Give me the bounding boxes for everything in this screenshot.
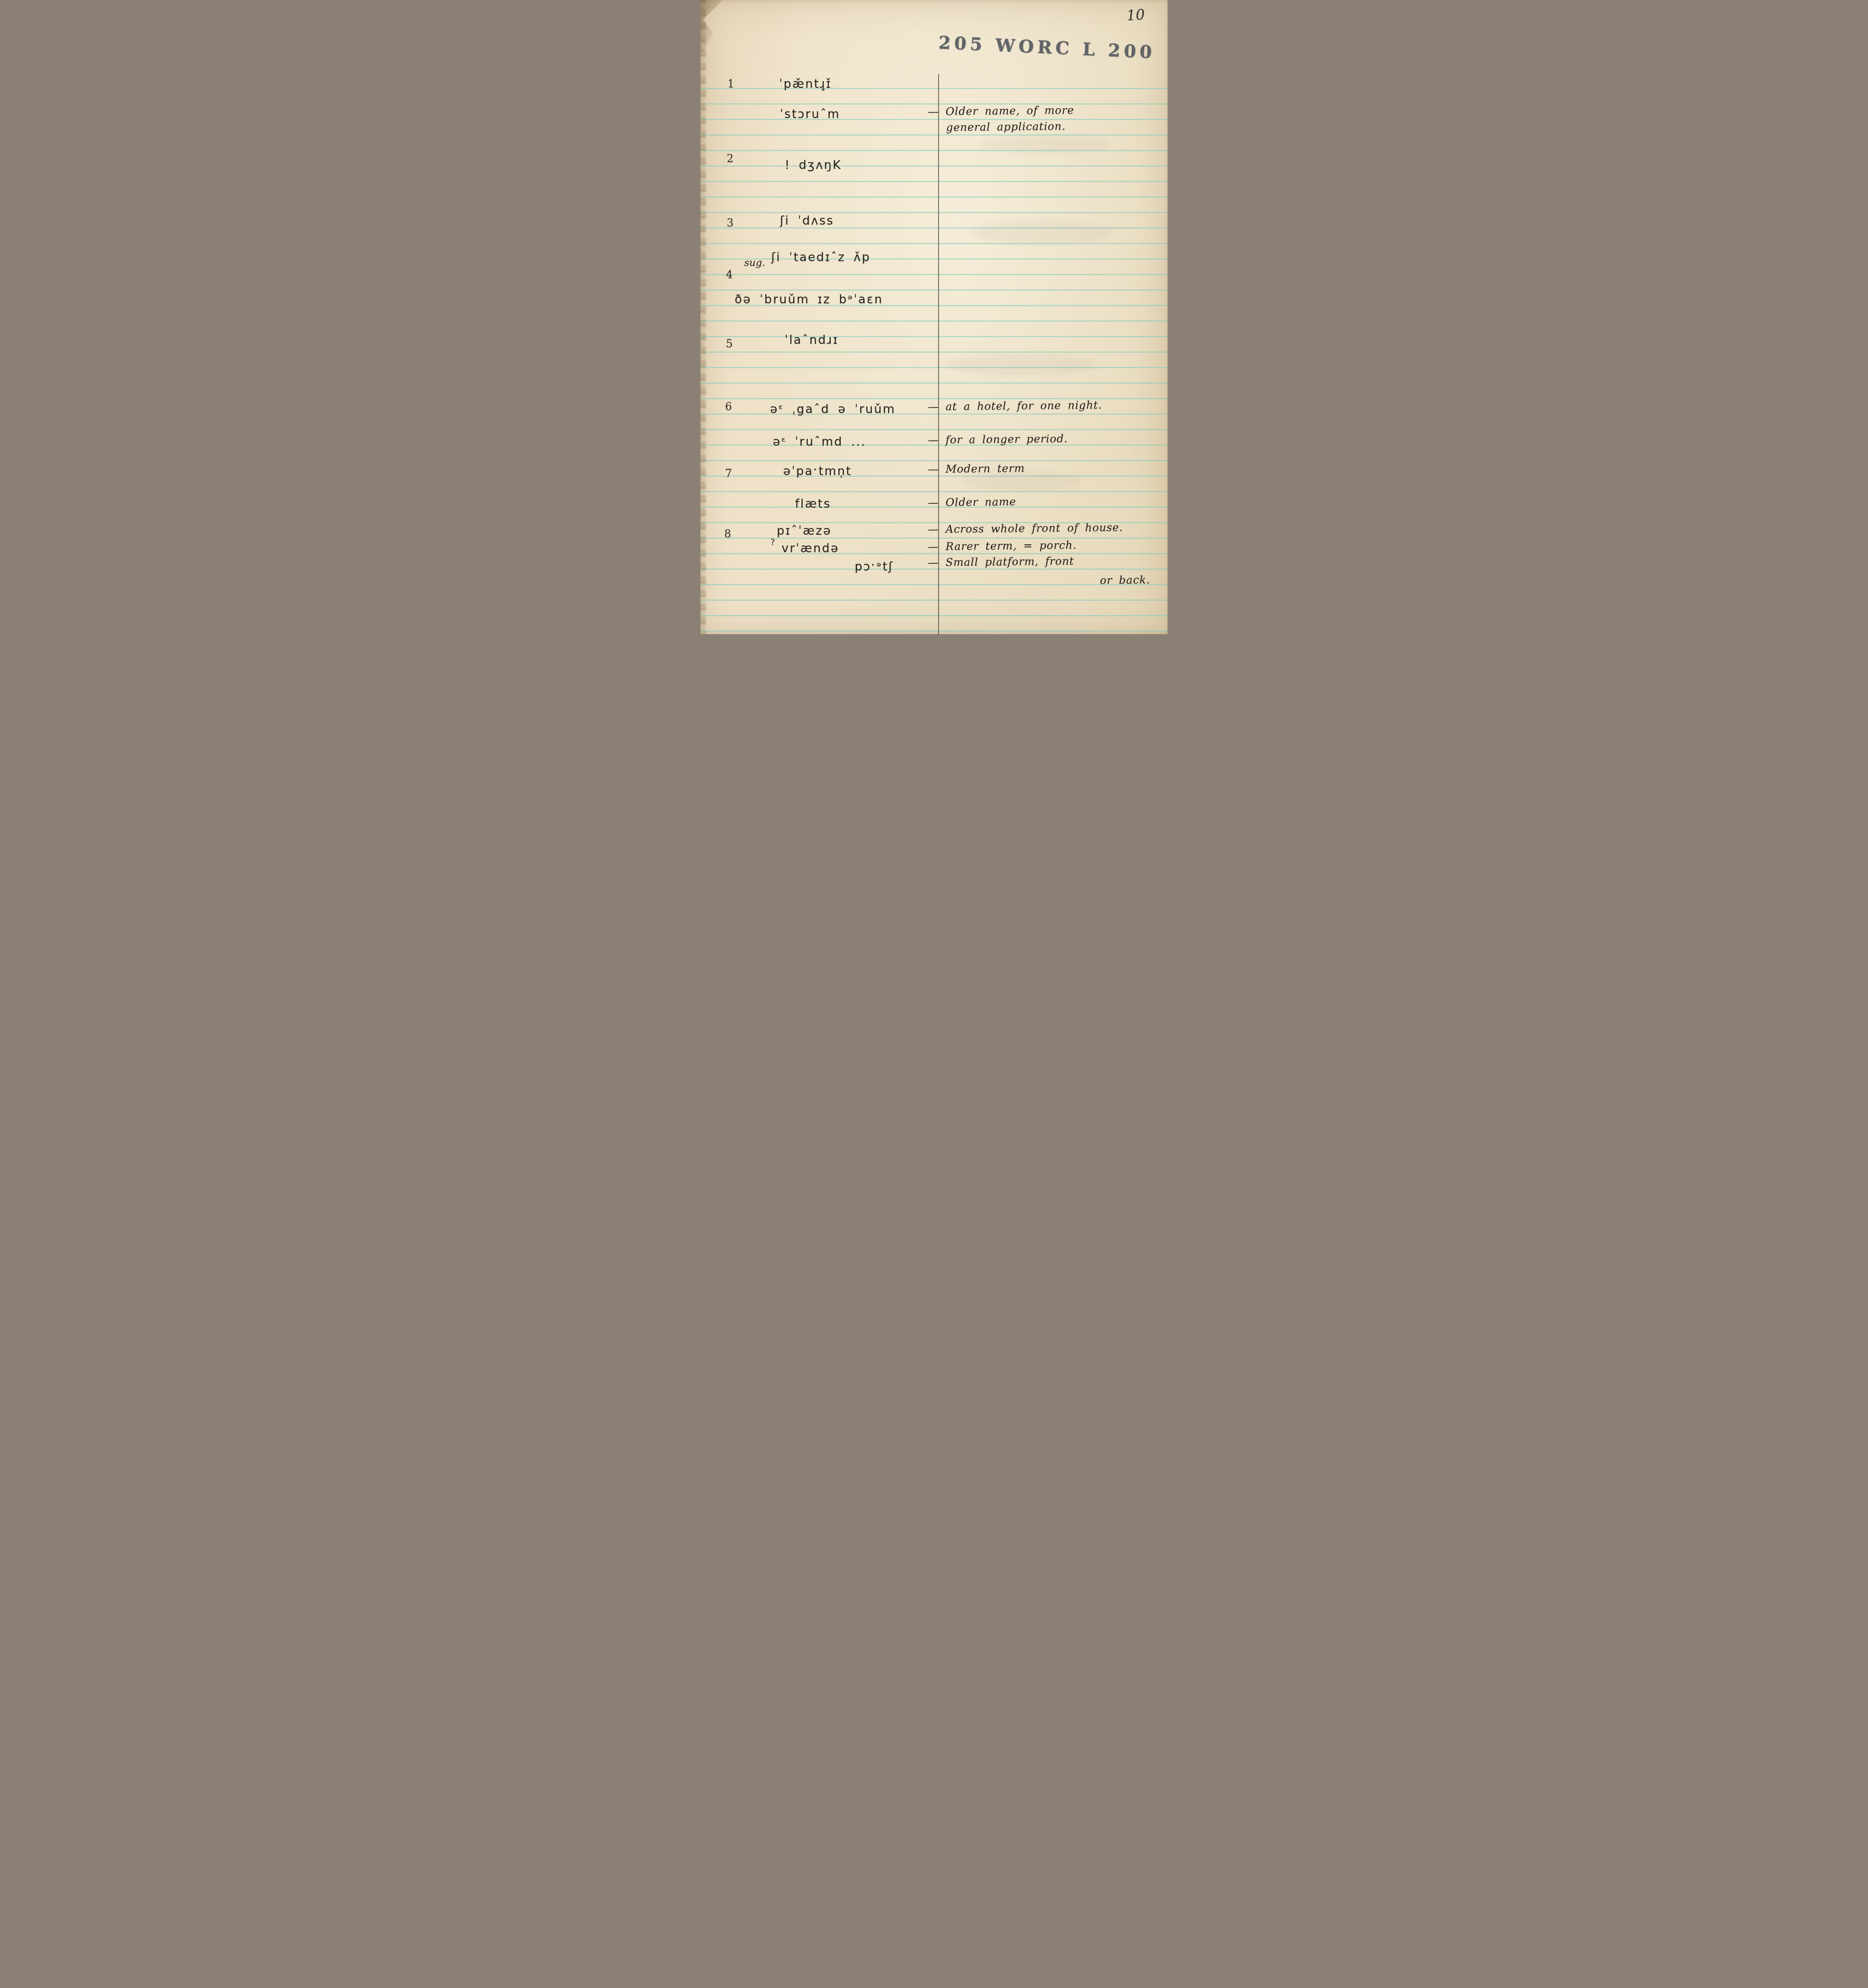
entry-number: 3 bbox=[727, 217, 733, 229]
phonetic-transcription: ˈlaˆndɹɪ bbox=[785, 333, 839, 347]
ink-bleed-smudge bbox=[979, 135, 1110, 153]
phonetic-transcription: pɔˑᵊtʃ bbox=[855, 560, 894, 574]
entry-number: 7 bbox=[725, 468, 732, 480]
abbreviation-label: sug. bbox=[744, 257, 765, 268]
gloss-note-continued: general application. bbox=[946, 120, 1066, 134]
gloss-note: — Modern term bbox=[928, 462, 1025, 476]
phonetic-transcription: ðə ˈbruǔm ɪz bᵊˈaɛn bbox=[735, 293, 883, 307]
torn-left-edge bbox=[700, 0, 706, 634]
gloss-note-continued: or back. bbox=[1100, 574, 1150, 586]
gloss-note: — at a hotel, for one night. bbox=[928, 399, 1102, 414]
gloss-note: — Older name, of more bbox=[928, 104, 1074, 118]
torn-corner bbox=[700, 0, 726, 56]
catalog-stamp: 205 WORC L 200 bbox=[938, 33, 1156, 63]
phonetic-transcription: ʃi ˈdʌss bbox=[780, 214, 834, 228]
phonetic-transcription: əᵋ ˌgaˆd ə ˈruǔm bbox=[770, 402, 896, 416]
phonetic-transcription: əᵋ ˈruˆmd ... bbox=[773, 435, 866, 449]
page-number: 10 bbox=[1126, 6, 1146, 24]
gloss-note: — Small platform, front bbox=[928, 555, 1074, 569]
ink-bleed-smudge bbox=[947, 354, 1098, 376]
ink-bleed-smudge bbox=[971, 221, 1114, 245]
gloss-note: — Older name bbox=[928, 496, 1016, 509]
query-mark: ? bbox=[770, 538, 775, 547]
notebook-page: 205 WORC L 200 10 1 ˈpæ̌ntɹ̥ɪ̌ ˈstɔruˆm … bbox=[700, 0, 1168, 634]
phonetic-transcription: əˈpaˑtmn̩t bbox=[783, 464, 852, 478]
phonetic-transcription: ˈpæ̌ntɹ̥ɪ̌ bbox=[779, 77, 832, 91]
entry-number: 8 bbox=[724, 528, 731, 540]
entry-number: 4 bbox=[726, 269, 733, 281]
phonetic-transcription: flæts bbox=[795, 497, 831, 511]
entry-number: 5 bbox=[726, 338, 733, 350]
phonetic-transcription: ˈstɔruˆm bbox=[780, 107, 840, 121]
gloss-note: — for a longer period. bbox=[928, 433, 1068, 447]
phonetic-transcription: ʃi ˈtaedɪˆz ʌ̌p bbox=[771, 250, 871, 264]
entry-number: 2 bbox=[727, 153, 733, 165]
gloss-note: — Rarer term, = porch. bbox=[928, 539, 1077, 553]
gloss-note: — Across whole front of house. bbox=[928, 521, 1123, 536]
phonetic-transcription: pɪˆˈæzə bbox=[777, 524, 832, 538]
phonetic-transcription: vrˈændə bbox=[782, 542, 839, 555]
entry-number: 1 bbox=[727, 78, 734, 90]
phonetic-transcription: ! dʒʌŋK bbox=[785, 158, 842, 172]
entry-number: 6 bbox=[725, 401, 732, 413]
